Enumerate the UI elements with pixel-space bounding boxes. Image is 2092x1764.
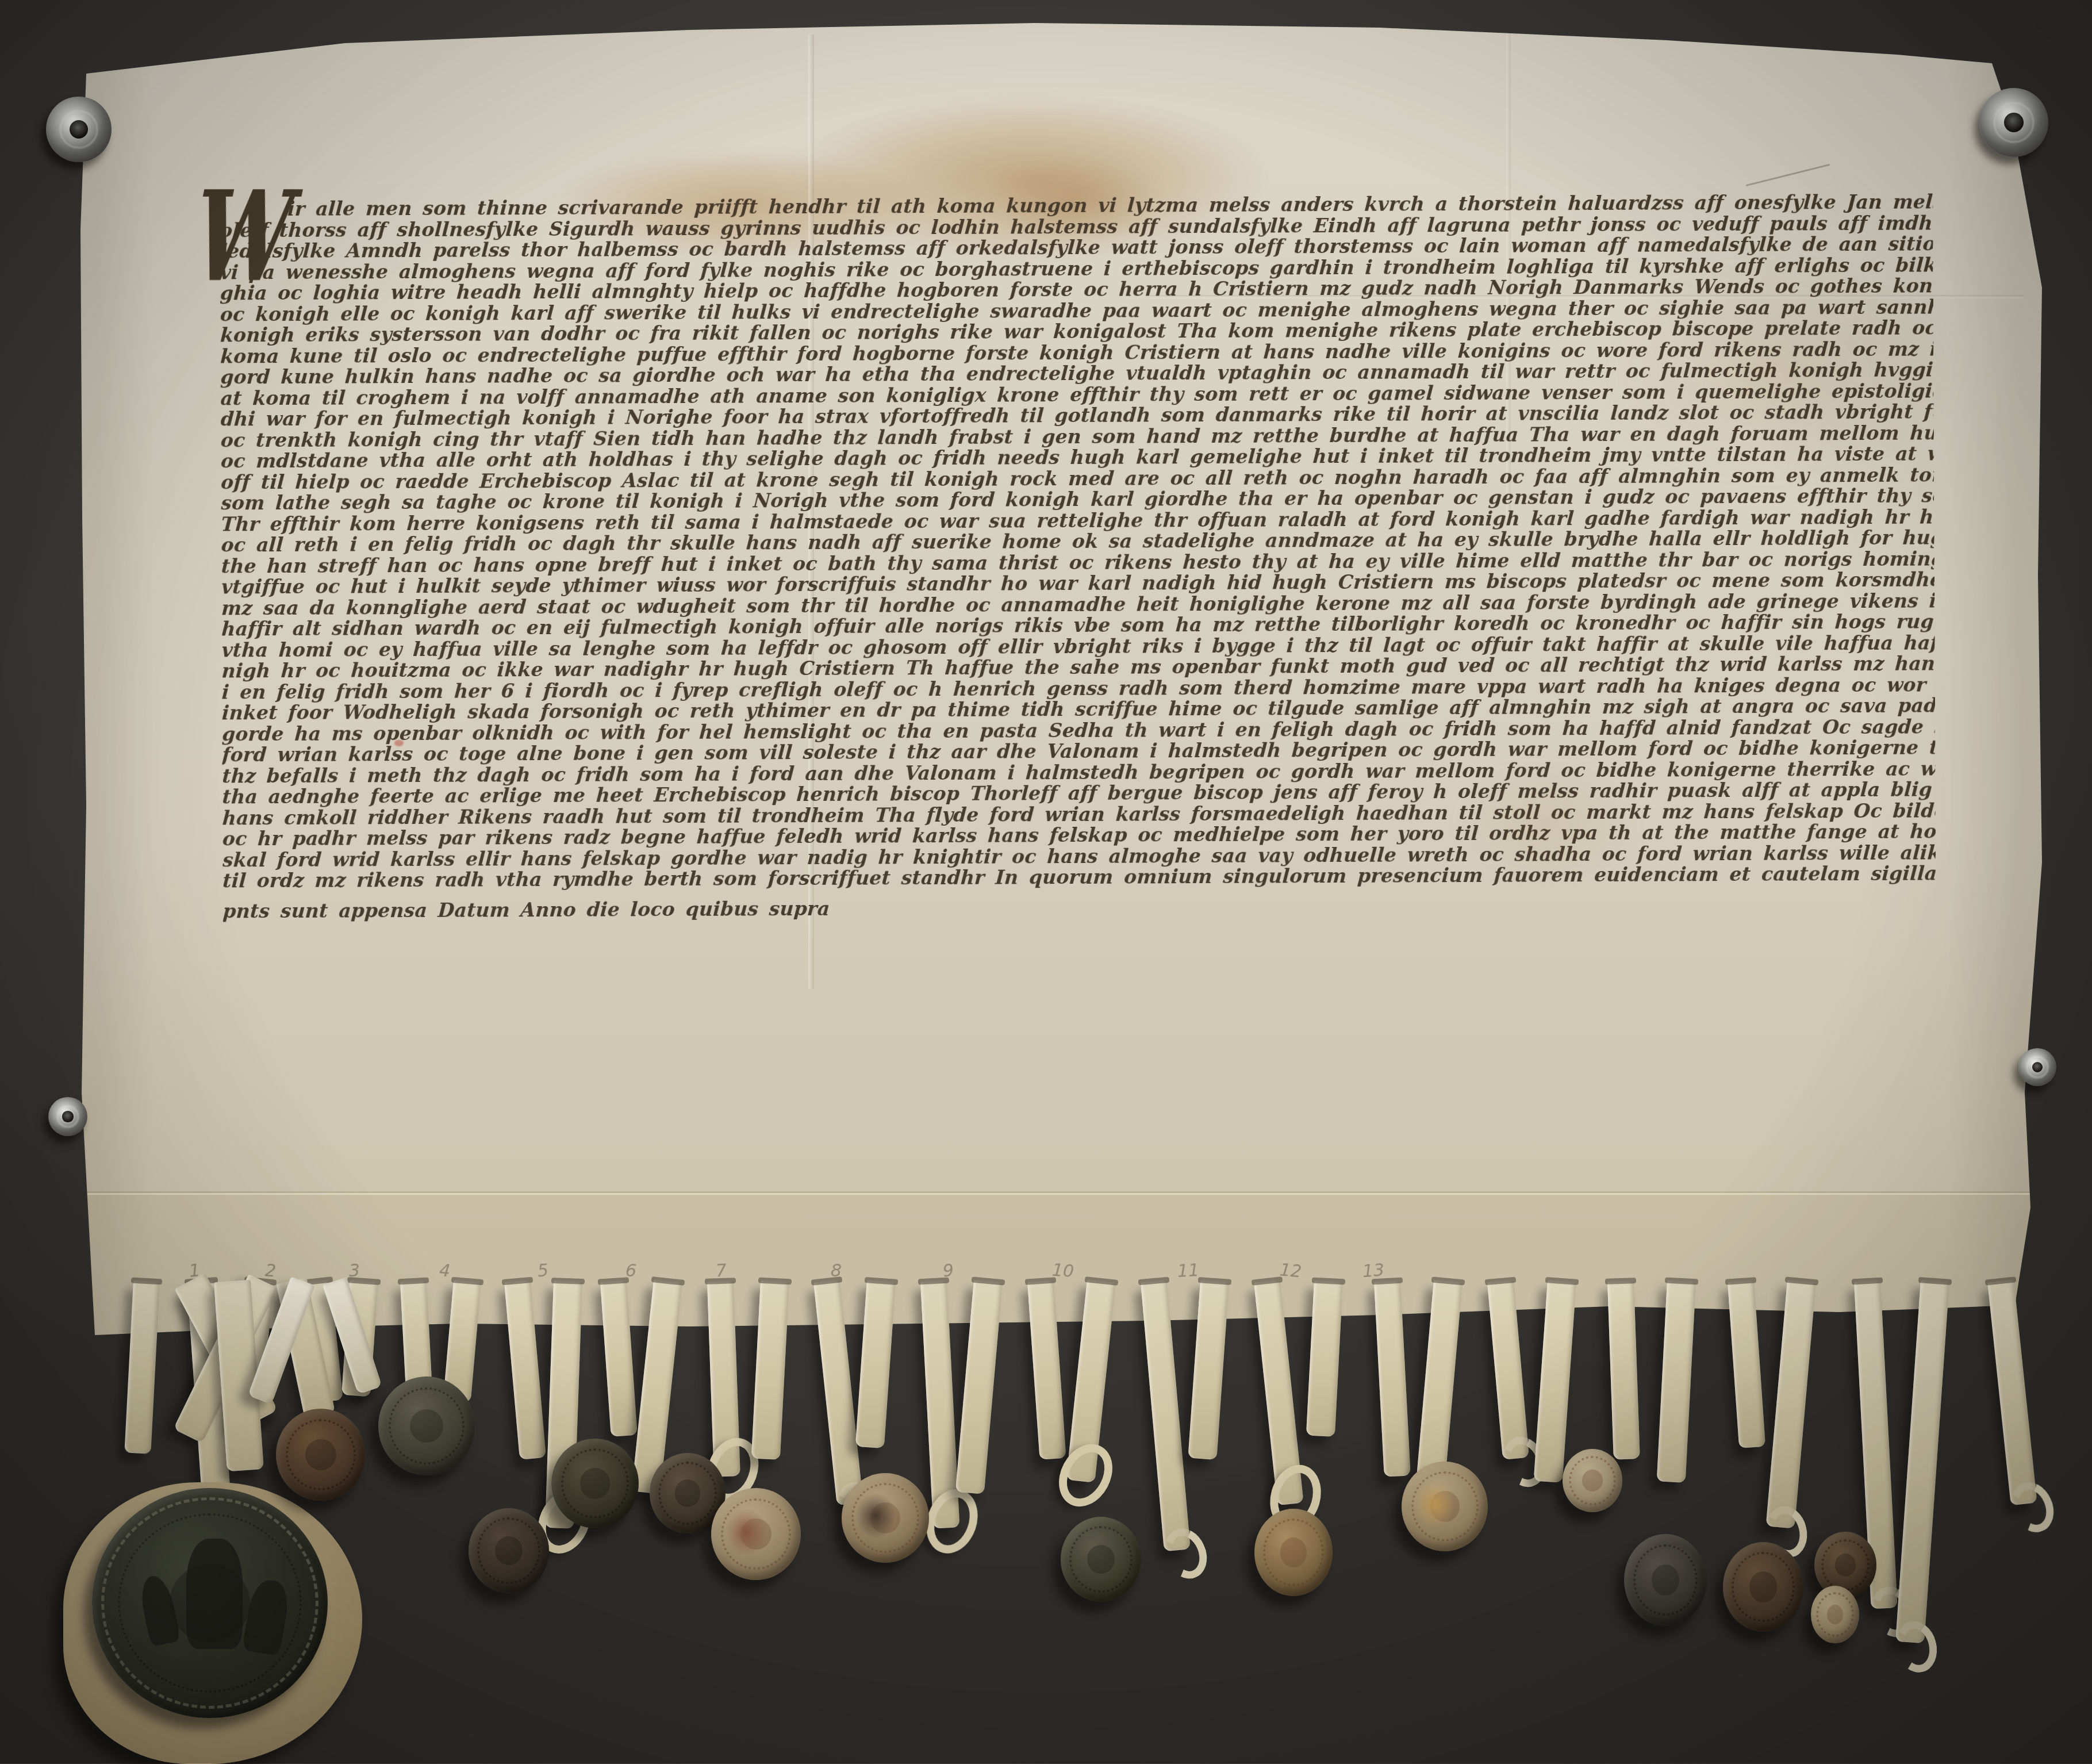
- seal-3: [378, 1376, 475, 1475]
- seal-tag: [1895, 1280, 1949, 1643]
- scratch-mark: [1746, 164, 1830, 186]
- seal-16: [1811, 1586, 1859, 1643]
- seal-9: [1061, 1517, 1141, 1602]
- tag-number: 5: [537, 1260, 550, 1282]
- seal-center-emblem: [1835, 1554, 1856, 1576]
- seal-center-emblem: [305, 1439, 336, 1470]
- seal-2: [276, 1409, 366, 1501]
- pin-center-hole: [70, 120, 88, 139]
- pin-center-hole: [62, 1111, 73, 1122]
- seal-tag: [1607, 1280, 1640, 1459]
- seal-tag: [1141, 1280, 1191, 1551]
- seal-tag-curl: [1891, 1617, 1943, 1677]
- seal-center-emblem: [410, 1409, 443, 1443]
- seal-5: [551, 1439, 639, 1528]
- seal-tag: [1766, 1280, 1816, 1529]
- seal-tag: [1534, 1280, 1576, 1483]
- pin-center-hole: [2004, 113, 2024, 132]
- tag-number: 4: [439, 1260, 451, 1282]
- seal-center-emblem: [675, 1479, 701, 1507]
- seal-10: [1254, 1509, 1333, 1596]
- seal-enthroned-figure: [186, 1539, 243, 1649]
- seal-tag: [1987, 1280, 2037, 1506]
- seal-tag-curl: [1157, 1522, 1215, 1585]
- seal-4: [469, 1508, 549, 1593]
- manuscript-text: ir alle men som thinne scrivarande priif…: [220, 192, 1936, 947]
- seal-center-emblem: [1280, 1537, 1307, 1567]
- seal-12: [1563, 1449, 1622, 1512]
- decorated-initial: W: [191, 174, 297, 300]
- seal-center-emblem: [1582, 1470, 1602, 1491]
- seal-center-emblem: [495, 1536, 523, 1565]
- tag-number: 11: [1177, 1260, 1200, 1282]
- seal-center-emblem: [1749, 1571, 1777, 1602]
- pin-top-left: [46, 97, 112, 162]
- seal-center-emblem: [1827, 1605, 1844, 1624]
- parchment-charter: W ir alle men som thinne scrivarande pri…: [75, 20, 2047, 1337]
- seal-13: [1624, 1534, 1707, 1626]
- seal-center-emblem: [1087, 1545, 1115, 1574]
- seal-14: [1723, 1542, 1803, 1632]
- pin-left-middle: [48, 1097, 87, 1136]
- pin-top-right: [1979, 88, 2048, 157]
- great-seal: [92, 1488, 328, 1718]
- seal-8: [842, 1473, 929, 1563]
- photo-scene: W ir alle men som thinne scrivarande pri…: [0, 0, 2092, 1763]
- seal-7: [711, 1488, 801, 1580]
- seal-tag-curl: [2003, 1475, 2062, 1539]
- seal-11: [1402, 1462, 1488, 1551]
- seal-tag: [1657, 1280, 1696, 1483]
- manuscript-line: pnts sunt appensa Datum Anno die loco qu…: [222, 893, 1936, 922]
- pin-right-middle: [2018, 1048, 2056, 1086]
- seal-center-emblem: [580, 1468, 610, 1498]
